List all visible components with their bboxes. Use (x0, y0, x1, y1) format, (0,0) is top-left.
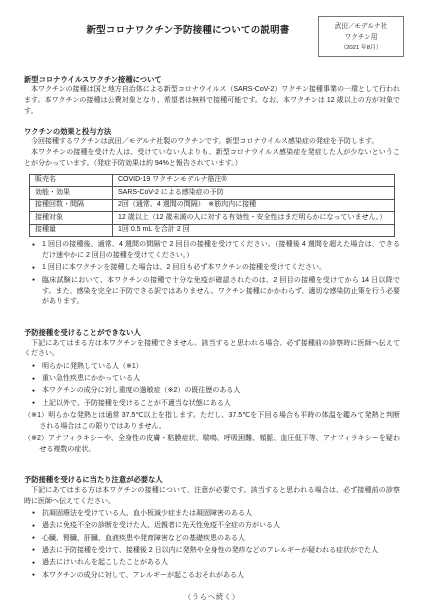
bullet-item: 過去に免疫不全の診断を受けた人、近親者に先天性免疫不全症の方がいる人 (32, 521, 400, 532)
vaccine-maker-box: 武田／モデルナ社 ワクチン用 （2021 年8月） (318, 16, 404, 57)
section-effect-paragraph-1: 今回接種するワクチンは武田／モデルナ社製のワクチンです。新型コロナウイルス感染症… (24, 137, 400, 148)
document-header: 新型コロナワクチン予防接種についての説明書 武田／モデルナ社 ワクチン用 （20… (24, 14, 400, 66)
footnote-1: （※1）明らかな発熱とは通常 37.5℃以上を指します。ただし、37.5℃を下回… (24, 411, 400, 433)
spec-value-indication: SARS-CoV-2 による感染症の予防 (113, 187, 395, 200)
section-heading-effect: ワクチンの効果と投与方法 (24, 126, 400, 137)
effect-bullet-list: 1 回目の接種後、通常、4 週間の間隔で 2 回目の接種を受けてください。（接種… (24, 240, 400, 308)
bullet-item: 本ワクチンの成分に対して、アレルギーが起こるおそれがある人 (32, 571, 400, 582)
spec-value-dose-amount: 1回 0.5 mL を合計 2 回 (113, 224, 395, 237)
document-title: 新型コロナワクチン予防接種についての説明書 (24, 24, 352, 39)
section-heading-caution: 予防接種を受けるに当たり注意が必要な人 (24, 474, 400, 485)
cannot-bullet-list: 明らかに発熱している人（※1） 重い急性疾患にかかっている人 本ワクチンの成分に… (24, 362, 400, 410)
bullet-item: 明らかに発熱している人（※1） (32, 362, 400, 373)
bullet-item: 抗凝固療法を受けている人、血小板減少症または凝固障害のある人 (32, 509, 400, 520)
table-row: 接種対象 12 歳以上（12 歳未満の人に対する有効性・安全性はまだ明らかになっ… (30, 212, 395, 225)
vaccine-use-label: ワクチン用 (321, 32, 401, 43)
spec-label-target: 接種対象 (30, 212, 113, 225)
bullet-item: 過去に予防接種を受けて、接種後 2 日以内に発熱や全身性の発疹などのアレルギーが… (32, 546, 400, 557)
spec-label-indication: 効能・効果 (30, 187, 113, 200)
bullet-item: 重い急性疾患にかかっている人 (32, 374, 400, 385)
section-caution-intro: 下記にあてはまる方は本ワクチンの接種について、注意が必要です。該当すると思われる… (24, 486, 400, 508)
caution-bullet-list: 抗凝固療法を受けている人、血小板減少症または凝固障害のある人 過去に免疫不全の診… (24, 509, 400, 582)
footnote-2: （※2）アナフィラキシーや、全身性の皮膚・粘膜症状、喘鳴、呼吸困難、頻脈、血圧低… (24, 434, 400, 456)
section-cannot-intro: 下記にあてはまる方は本ワクチンを接種できません。該当すると思われる場合、必ず接種… (24, 339, 400, 361)
section-heading-about: 新型コロナウイルスワクチン接種について (24, 74, 400, 85)
spec-value-target: 12 歳以上（12 歳未満の人に対する有効性・安全性はまだ明らかになっていません… (113, 212, 395, 225)
bullet-item: 1 回目に本ワクチンを接種した場合は、2 回目も必ず本ワクチンの接種を受けてくだ… (32, 263, 400, 274)
bullet-item: 1 回目の接種後、通常、4 週間の間隔で 2 回目の接種を受けてください。（接種… (32, 240, 400, 262)
bullet-item: 本ワクチンの成分に対し重度の過敏症（※2）の既往歴のある人 (32, 386, 400, 397)
bullet-item: 臨床試験において、本ワクチンの接種で十分な免疫が確認されたのは、2 回目の接種を… (32, 276, 400, 309)
spec-value-doses-interval: 2回（通常、4 週間の間隔） ※筋肉内に接種 (113, 199, 395, 212)
table-row: 接種量 1回 0.5 mL を合計 2 回 (30, 224, 395, 237)
bullet-item: 過去にけいれんを起こしたことがある人 (32, 558, 400, 569)
spec-label-dose-amount: 接種量 (30, 224, 113, 237)
document-page: 新型コロナワクチン予防接種についての説明書 武田／モデルナ社 ワクチン用 （20… (0, 0, 424, 600)
section-about-body: 本ワクチンの接種は国と地方自治体による新型コロナウイルス（SARS-CoV-2）… (24, 85, 400, 118)
section-effect-paragraph-2: 本ワクチンの接種を受けた人は、受けていない人よりも、新型コロナウイルス感染症を発… (24, 148, 400, 170)
issue-date: （2021 年8月） (321, 43, 401, 53)
section-heading-cannot-receive: 予防接種を受けることができない人 (24, 327, 400, 338)
table-row: 接種回数・間隔 2回（通常、4 週間の間隔） ※筋肉内に接種 (30, 199, 395, 212)
table-row: 効能・効果 SARS-CoV-2 による感染症の予防 (30, 187, 395, 200)
continue-to-back-note: （うらへ続く） (24, 593, 400, 600)
vaccine-spec-table: 販売名 COVID-19 ワクチンモデルナ筋注® 効能・効果 SARS-CoV-… (29, 174, 395, 238)
spec-label-doses-interval: 接種回数・間隔 (30, 199, 113, 212)
spec-label-product-name: 販売名 (30, 174, 113, 187)
bullet-item: 心臓、腎臓、肝臓、血液疾患や発育障害などの基礎疾患のある人 (32, 534, 400, 545)
bullet-item: 上記以外で、予防接種を受けることが不適当な状態にある人 (32, 399, 400, 410)
maker-name: 武田／モデルナ社 (321, 21, 401, 32)
spec-value-product-name: COVID-19 ワクチンモデルナ筋注® (113, 174, 395, 187)
table-row: 販売名 COVID-19 ワクチンモデルナ筋注® (30, 174, 395, 187)
